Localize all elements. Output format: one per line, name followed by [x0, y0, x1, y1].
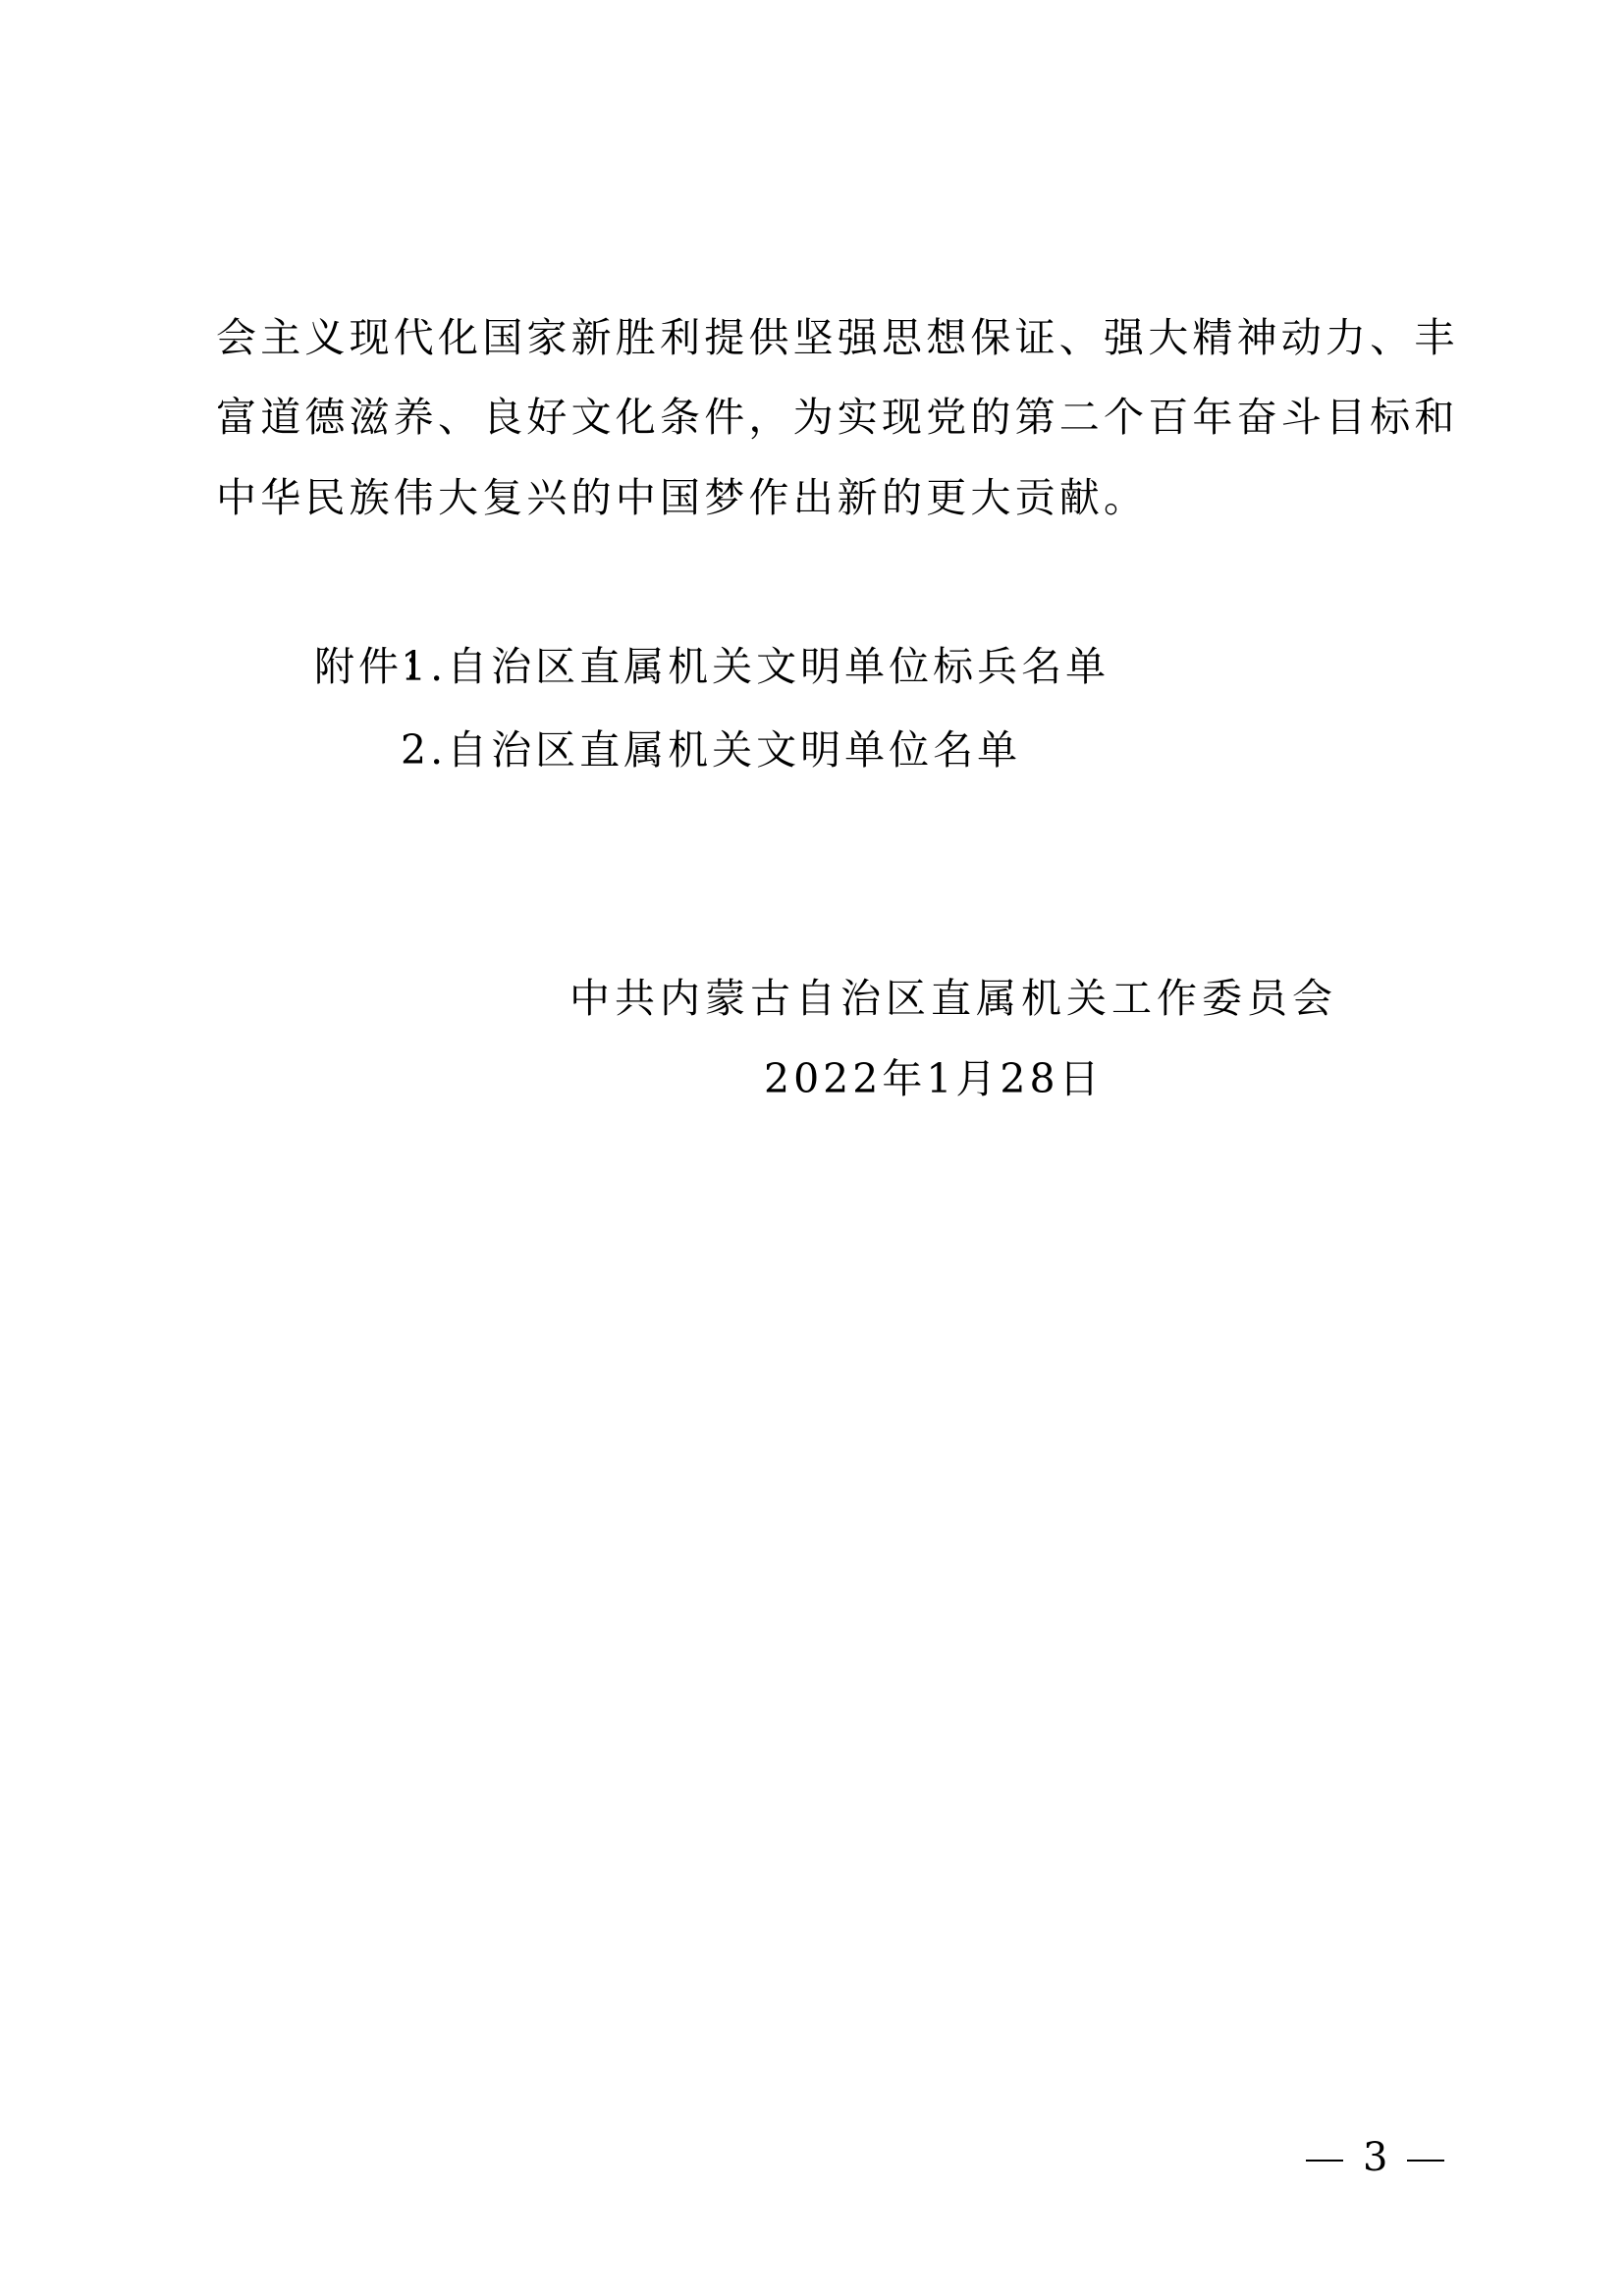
body-text-line-1: 会主义现代化国家新胜利提供坚强思想保证、强大精神动力、丰 — [216, 314, 1459, 361]
signature-date: 2022年1月28日 — [764, 1055, 1104, 1102]
signature-organization: 中共内蒙古自治区直属机关工作委员会 — [569, 975, 1337, 1022]
attachment-item-2: 2.自治区直属机关文明单位名单 — [401, 726, 1021, 774]
page-number-value: 3 — [1363, 2135, 1387, 2180]
attachment-item-1: 1.自治区直属机关文明单位标兵名单 — [401, 643, 1110, 690]
body-text-line-3: 中华民族伟大复兴的中国梦作出新的更大贡献。 — [216, 474, 1148, 521]
dash-right — [1407, 2160, 1444, 2162]
dash-left — [1306, 2160, 1343, 2162]
page-number: 3 — [1286, 2136, 1464, 2179]
document-page: 会主义现代化国家新胜利提供坚强思想保证、强大精神动力、丰 富道德滋养、良好文化条… — [0, 0, 1624, 2296]
body-text-line-2: 富道德滋养、良好文化条件，为实现党的第二个百年奋斗目标和 — [216, 394, 1459, 441]
